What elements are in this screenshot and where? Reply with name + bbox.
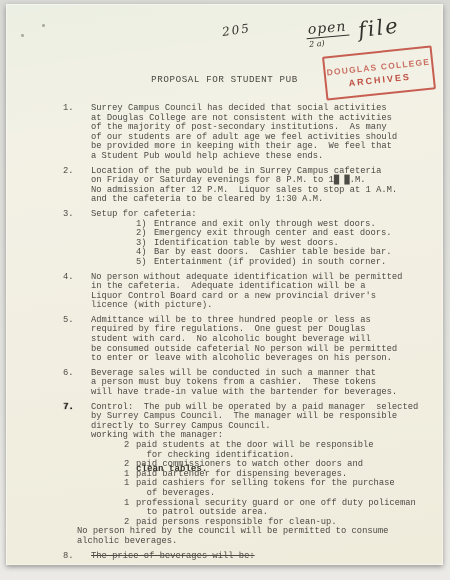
item-body: Setup for cafeteria: 1) Entrance and exi…	[91, 210, 423, 268]
sub-item-number: 5)	[136, 258, 154, 268]
staff-row-cashiers: 1 paid cashiers for selling tokens for t…	[124, 479, 423, 498]
staff-text: professional security guard or one off d…	[136, 499, 416, 518]
staff-text: paid persons responsible for clean-up.	[136, 518, 337, 528]
item-text-struck: The price of beverages will be:	[91, 552, 255, 562]
staple-mark	[21, 34, 24, 37]
archives-stamp: DOUGLAS COLLEGE ARCHIVES	[322, 45, 436, 100]
staple-mark	[42, 24, 45, 27]
staff-row-doormen: 2 paid students at the door will be resp…	[124, 441, 423, 460]
item-number: 6.	[63, 369, 91, 398]
staff-count: 1	[124, 499, 136, 518]
item-number: 1.	[63, 104, 91, 162]
staff-text: paid students at the door will be respon…	[136, 441, 374, 460]
item-text: No person without adequate identificatio…	[91, 273, 402, 311]
staff-count: 1	[124, 479, 136, 498]
list-item-8: 8. The price of beverages will be:	[63, 552, 423, 562]
item-text: Beverage sales will be conducted in such…	[91, 369, 397, 398]
item-number: 7.	[63, 403, 91, 547]
sub-item-text: Entertainment (if provided) in south cor…	[154, 258, 386, 268]
list-item-5: 5. Admittance will be to three hundred p…	[63, 316, 423, 364]
staff-row-cleanup: 2 paid persons responsible for clean-up.	[124, 518, 423, 528]
item-text: Surrey Campus Council has decided that s…	[91, 104, 397, 162]
list-item-1: 1. Surrey Campus Council has decided tha…	[63, 104, 423, 162]
staff-row-security: 1 professional security guard or one off…	[124, 499, 423, 518]
item-number: 4.	[63, 273, 91, 311]
item-text: Control: The pub will be operated by a p…	[91, 403, 423, 441]
item-text: Admittance will be to three hundred peop…	[91, 316, 397, 364]
item-number: 3.	[63, 210, 91, 268]
overtype-correction: clean tables.	[136, 465, 207, 475]
staff-count: 2	[124, 441, 136, 460]
staff-count: 2	[124, 518, 136, 528]
list-item-7: 7. Control: The pub will be operated by …	[63, 403, 423, 547]
list-item-4: 4. No person without adequate identifica…	[63, 273, 423, 311]
item-number: 8.	[63, 552, 91, 562]
sub-item-5: 5) Entertainment (if provided) in south …	[136, 258, 423, 268]
document-title: PROPOSAL FOR STUDENT PUB	[6, 74, 443, 85]
handwritten-page-number: 205	[221, 21, 252, 39]
proposal-list: 1. Surrey Campus Council has decided tha…	[63, 104, 423, 566]
item-footer: No person hired by the council will be p…	[77, 527, 423, 546]
file-label: file	[357, 13, 401, 42]
item-number: 2.	[63, 167, 91, 205]
list-item-3: 3. Setup for cafeteria: 1) Entrance and …	[63, 210, 423, 268]
list-item-6: 6. Beverage sales will be conducted in s…	[63, 369, 423, 398]
item-text: Location of the pub would be in Surrey C…	[91, 167, 397, 205]
document-page: 205 open 2 a) file DOUGLAS COLLEGE ARCHI…	[6, 4, 443, 565]
item-number: 5.	[63, 316, 91, 364]
staff-text: paid cashiers for selling tokens for the…	[136, 479, 395, 498]
item-body: Control: The pub will be operated by a p…	[91, 403, 423, 547]
list-item-2: 2. Location of the pub would be in Surre…	[63, 167, 423, 205]
handwritten-open-file-annotation: open 2 a) file	[305, 9, 427, 49]
